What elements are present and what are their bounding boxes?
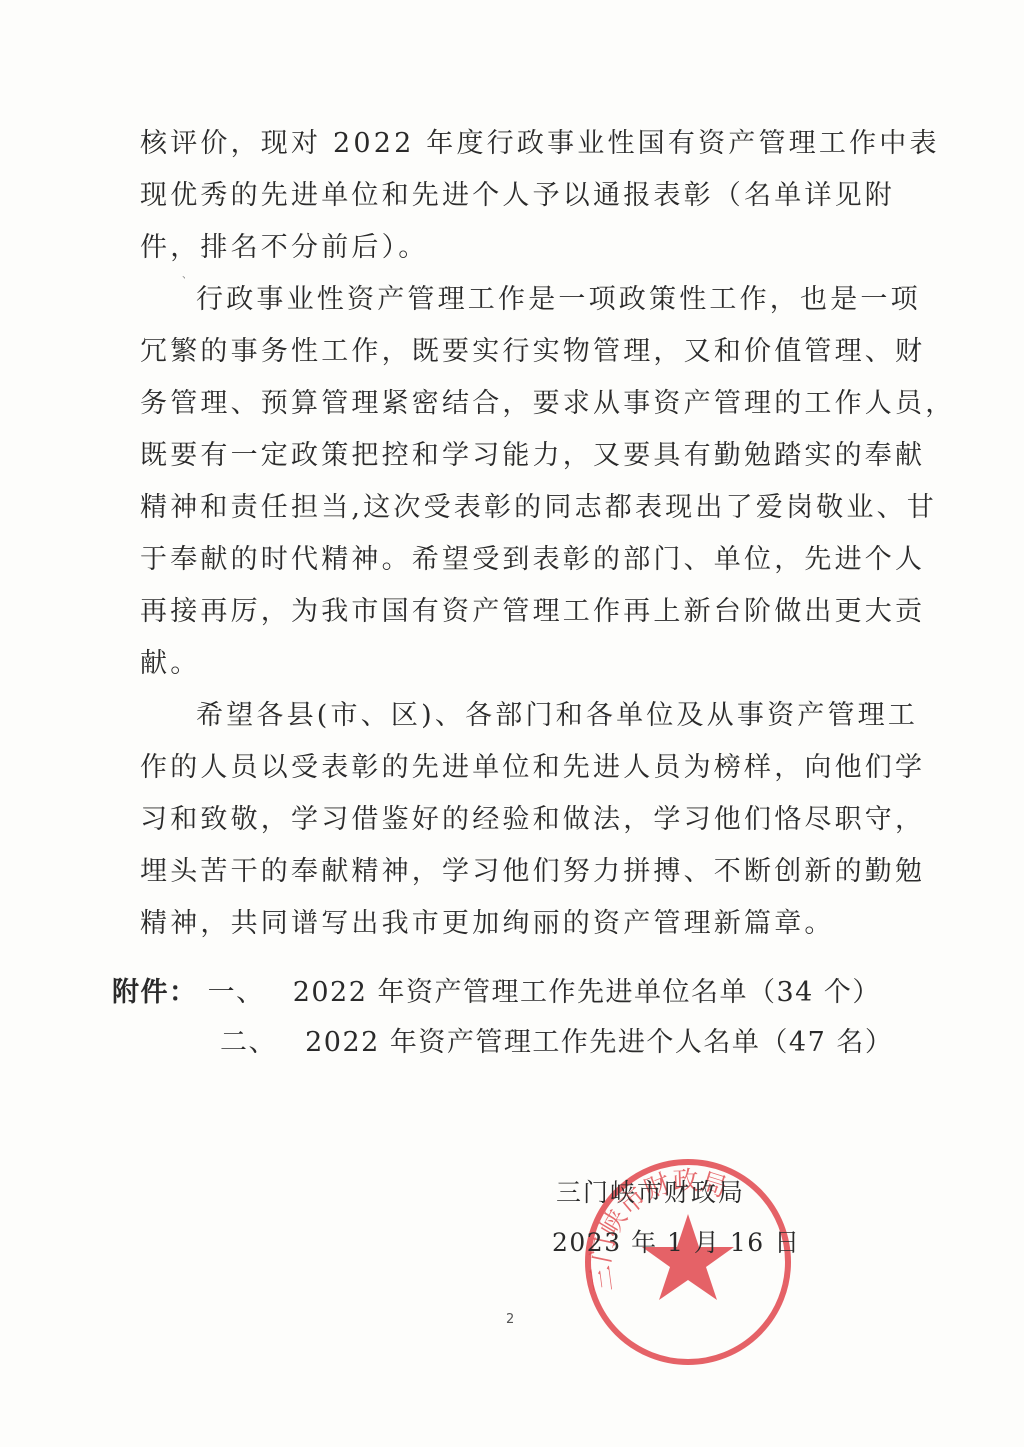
text-line: 精神和责任担当,这次受表彰的同志都表现出了爱岗敬业、甘	[140, 482, 870, 534]
text-line: 于奉献的时代精神。希望受到表彰的部门、单位，先进个人	[140, 534, 870, 586]
attachment-title: 2022 年资产管理工作先进个人名单（47 名）	[305, 1027, 893, 1058]
attachments-label: 附件：	[112, 977, 198, 1008]
text-line: 件，排名不分前后）。	[140, 222, 870, 274]
attachments-list: 附件： 一、 2022 年资产管理工作先进单位名单（34 个） 二、 2022 …	[112, 968, 893, 1068]
text-line: 再接再厉，为我市国有资产管理工作再上新台阶做出更大贡	[140, 586, 870, 638]
attachment-item-1: 附件： 一、 2022 年资产管理工作先进单位名单（34 个）	[112, 968, 893, 1018]
attachment-index: 一、	[208, 977, 265, 1008]
attachment-item-2: 二、 2022 年资产管理工作先进个人名单（47 名）	[112, 1018, 893, 1068]
text-line: 献。	[140, 638, 870, 690]
document-body: 核评价，现对 2022 年度行政事业性国有资产管理工作中表 现优秀的先进单位和先…	[140, 118, 870, 950]
text-line: 冗繁的事务性工作，既要实行实物管理，又和价值管理、财	[140, 326, 870, 378]
text-line: 希望各县(市、区)、各部门和各单位及从事资产管理工	[140, 690, 870, 742]
text-line: 现优秀的先进单位和先进个人予以通报表彰（名单详见附	[140, 170, 870, 222]
document-page: 、 核评价，现对 2022 年度行政事业性国有资产管理工作中表 现优秀的先进单位…	[0, 0, 1024, 1447]
paragraph-3: 希望各县(市、区)、各部门和各单位及从事资产管理工 作的人员以受表彰的先进单位和…	[140, 690, 870, 950]
attachment-index: 二、	[220, 1027, 277, 1058]
text-line: 既要有一定政策把控和学习能力，又要具有勤勉踏实的奉献	[140, 430, 870, 482]
text-line: 精神，共同谱写出我市更加绚丽的资产管理新篇章。	[140, 898, 870, 950]
issue-date: 2023 年 1 月 16 日	[552, 1218, 801, 1268]
paragraph-2: 行政事业性资产管理工作是一项政策性工作，也是一项 冗繁的事务性工作，既要实行实物…	[140, 274, 870, 690]
issuing-organization: 三门峡市财政局	[552, 1168, 801, 1218]
text-line: 行政事业性资产管理工作是一项政策性工作，也是一项	[140, 274, 870, 326]
text-line: 作的人员以受表彰的先进单位和先进人员为榜样，向他们学	[140, 742, 870, 794]
text-line: 务管理、预算管理紧密结合，要求从事资产管理的工作人员，	[140, 378, 870, 430]
text-line: 习和致敬，学习借鉴好的经验和做法，学习他们恪尽职守，	[140, 794, 870, 846]
signature-block: 三门峡市财政局 2023 年 1 月 16 日	[552, 1168, 801, 1268]
text-line: 埋头苦干的奉献精神，学习他们努力拼搏、不断创新的勤勉	[140, 846, 870, 898]
page-number: 2	[506, 1312, 514, 1327]
attachment-title: 2022 年资产管理工作先进单位名单（34 个）	[293, 977, 881, 1008]
paragraph-1: 核评价，现对 2022 年度行政事业性国有资产管理工作中表 现优秀的先进单位和先…	[140, 118, 870, 274]
text-line: 核评价，现对 2022 年度行政事业性国有资产管理工作中表	[140, 118, 870, 170]
